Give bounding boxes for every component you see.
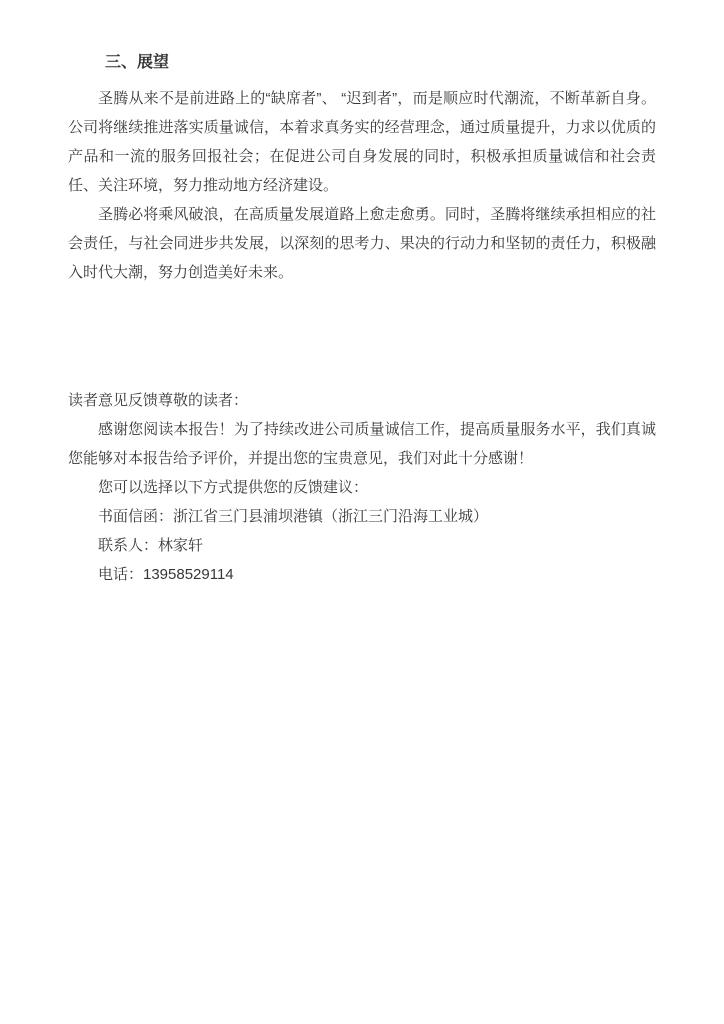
feedback-intro-line: 读者意见反馈尊敬的读者： — [68, 386, 656, 415]
feedback-methods-intro-line: 您可以选择以下方式提供您的反馈建议： — [68, 473, 656, 502]
outlook-paragraph-2: 圣腾必将乘风破浪，在高质量发展道路上愈走愈勇。同时，圣腾将继续承担相应的社会责任… — [68, 200, 656, 287]
feedback-phone-line: 电话：13958529114 — [68, 560, 656, 589]
feedback-contact-person-line: 联系人：林家轩 — [68, 531, 656, 560]
outlook-paragraph-1: 圣腾从来不是前进路上的“缺席者”、 “迟到者”，而是顺应时代潮流，不断革新自身。… — [68, 84, 656, 200]
document-page: 三、展望 圣腾从来不是前进路上的“缺席者”、 “迟到者”，而是顺应时代潮流，不断… — [0, 0, 724, 1024]
reader-feedback-section: 读者意见反馈尊敬的读者： 感谢您阅读本报告！为了持续改进公司质量诚信工作，提高质… — [68, 386, 656, 589]
feedback-thanks-paragraph: 感谢您阅读本报告！为了持续改进公司质量诚信工作，提高质量服务水平，我们真诚您能够… — [68, 415, 656, 473]
section-heading-outlook: 三、展望 — [68, 52, 656, 74]
feedback-mail-address-line: 书面信函：浙江省三门县浦坝港镇（浙江三门沿海工业城） — [68, 502, 656, 531]
